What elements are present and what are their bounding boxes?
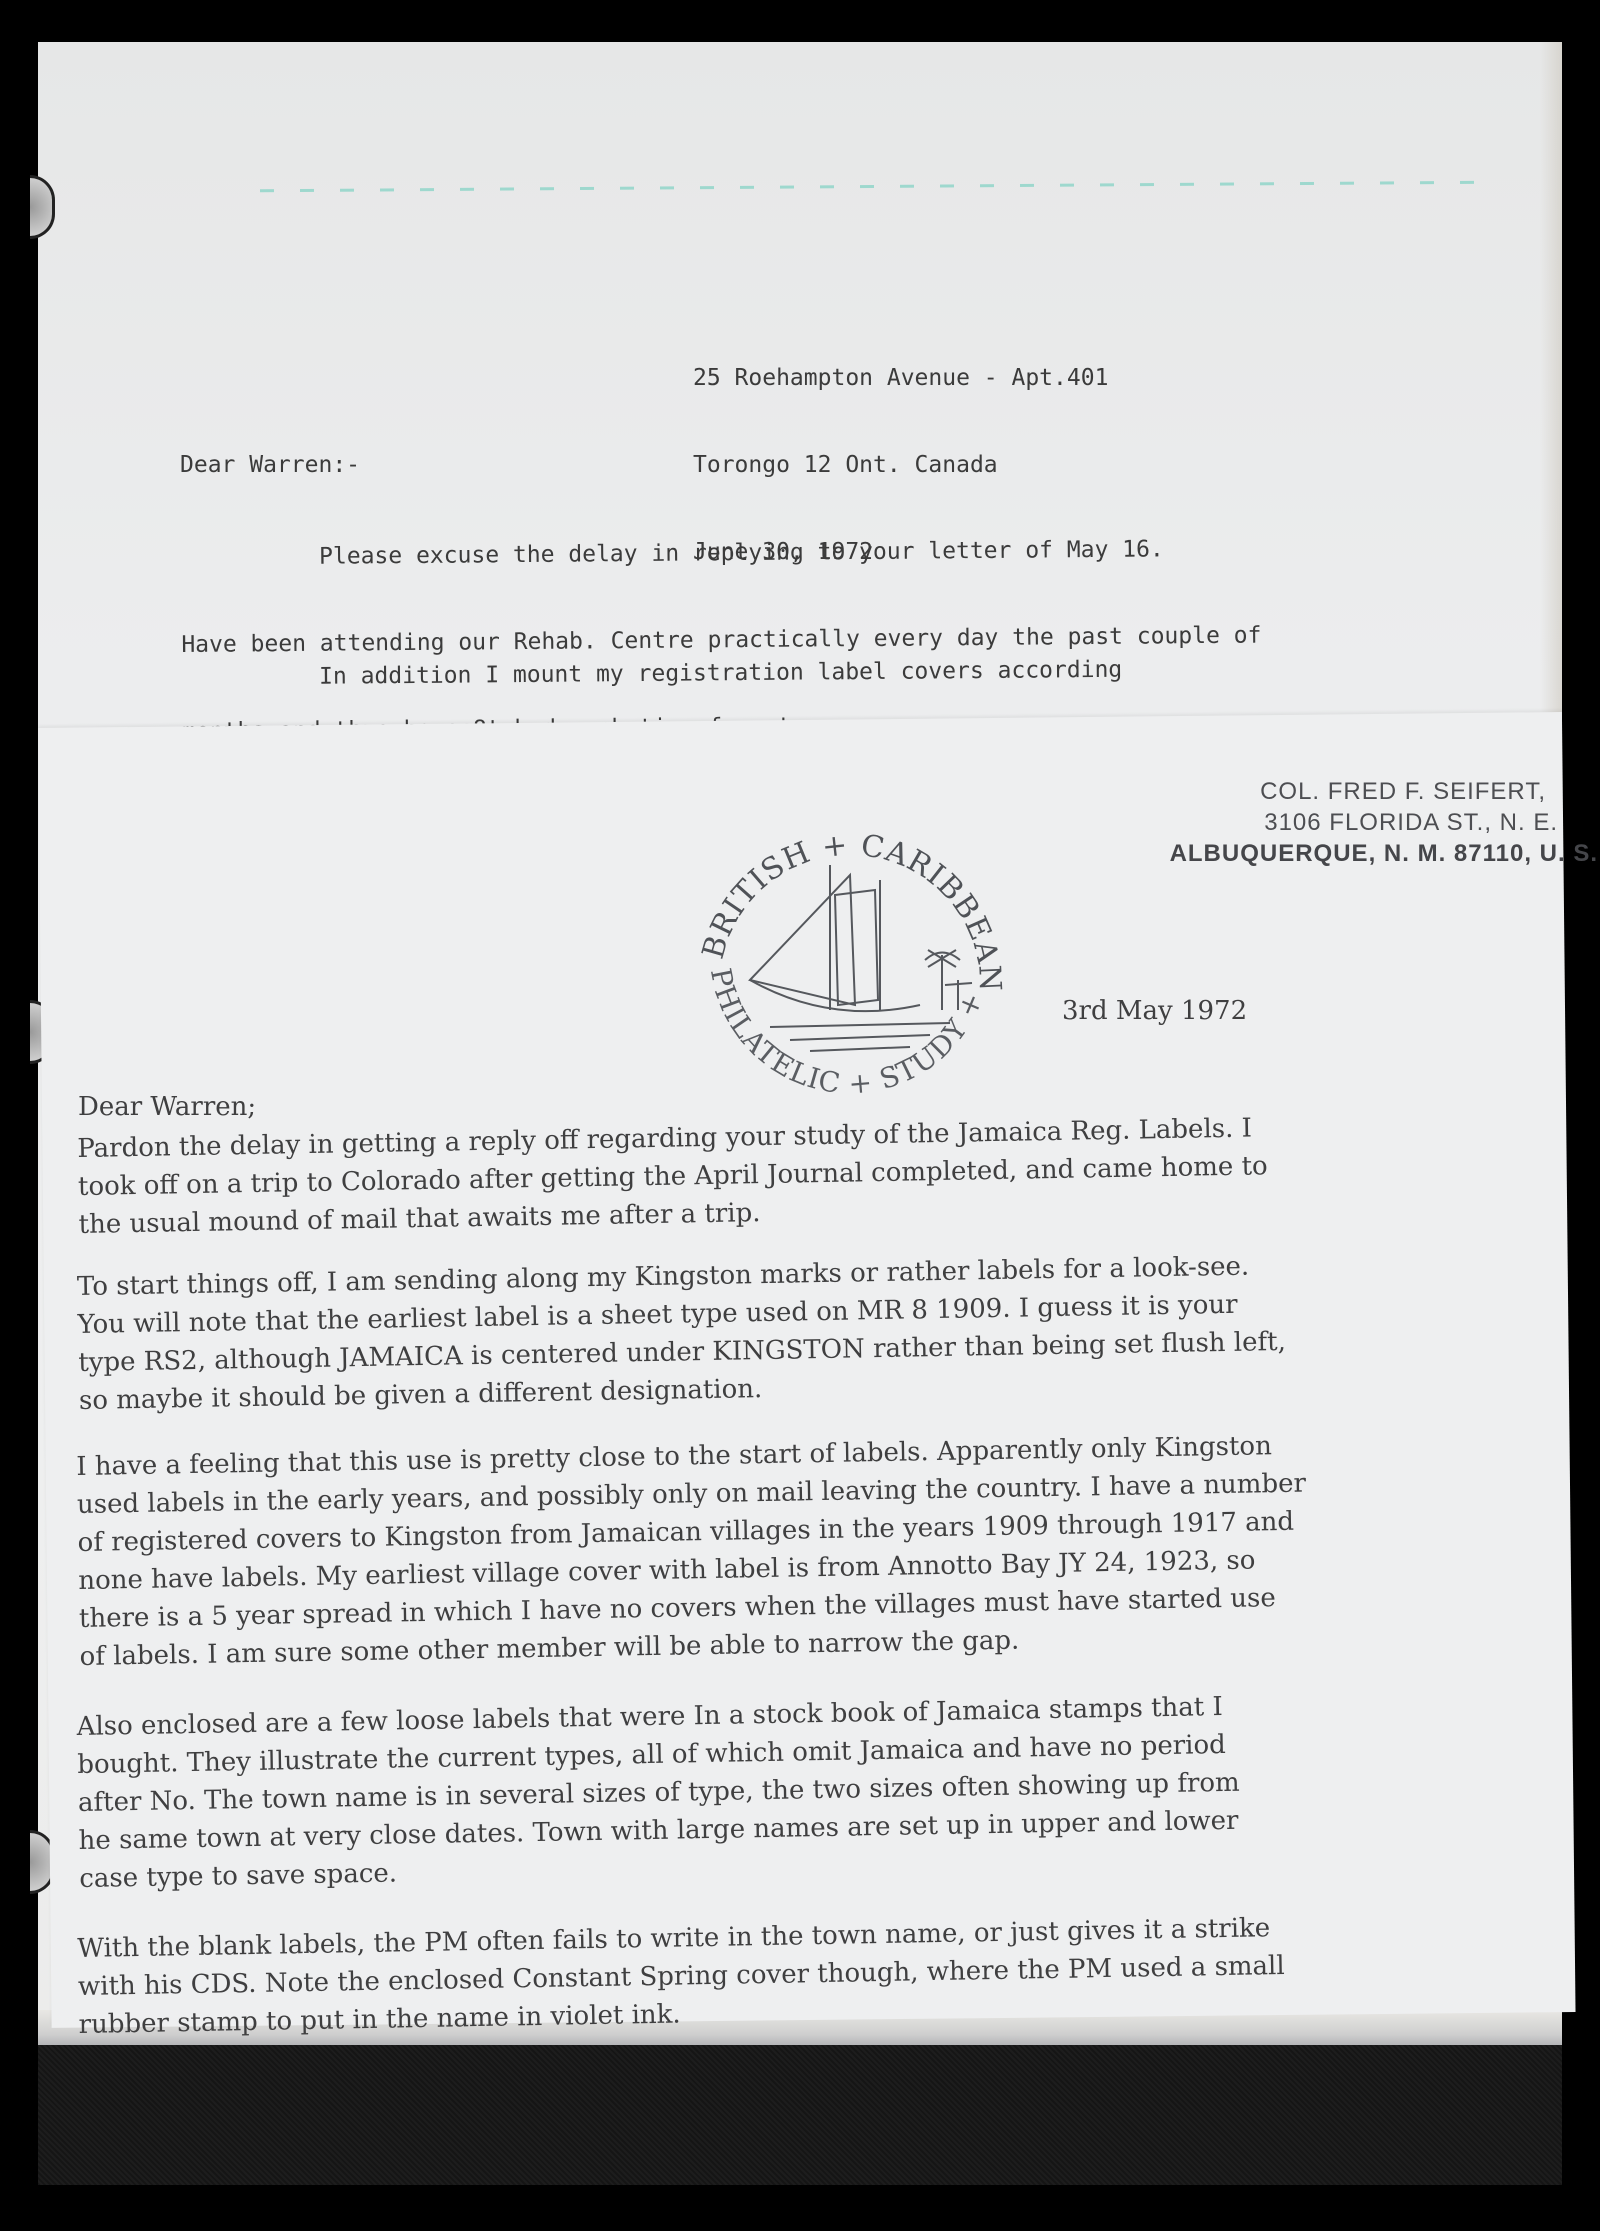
text-line: In addition I mount my registration labe… xyxy=(181,655,1164,693)
address-line: 25 Roehampton Avenue - Apt.401 xyxy=(693,364,1108,393)
first-letter-salutation: Dear Warren:- xyxy=(180,451,360,480)
background-surface xyxy=(38,2045,1562,2185)
letterhead-line: COL. FRED F. SEIFERT, xyxy=(1170,776,1598,807)
body-paragraph-3: I have a feeling that this use is pretty… xyxy=(76,1427,1309,1676)
sailing-ship-seal-icon: BRITISH + CARIBBEAN + PHILATELIC + STUDY… xyxy=(680,795,1020,1135)
letter-date: 3rd May 1972 xyxy=(1062,996,1247,1026)
text-line: Please excuse the delay in replying to y… xyxy=(181,535,1261,573)
body-paragraph-5: With the blank labels, the PM often fail… xyxy=(77,1909,1286,2044)
second-letter-salutation: Dear Warren; xyxy=(78,1092,256,1122)
body-paragraph-2: To start things off, I am sending along … xyxy=(77,1247,1287,1420)
body-paragraph-4: Also enclosed are a few loose labels tha… xyxy=(76,1688,1241,1898)
body-paragraph-1: Pardon the delay in getting a reply off … xyxy=(77,1109,1269,1244)
letterhead-stamp: COL. FRED F. SEIFERT, 3106 FLORIDA ST., … xyxy=(1170,776,1598,869)
address-line: Torongo 12 Ont. Canada xyxy=(693,451,1108,480)
letterhead-line: ALBUQUERQUE, N. M. 87110, U. S. xyxy=(1170,838,1598,869)
society-seal: BRITISH + CARIBBEAN + PHILATELIC + STUDY… xyxy=(680,795,1020,1135)
letterhead-line: 3106 FLORIDA ST., N. E. xyxy=(1170,807,1598,838)
